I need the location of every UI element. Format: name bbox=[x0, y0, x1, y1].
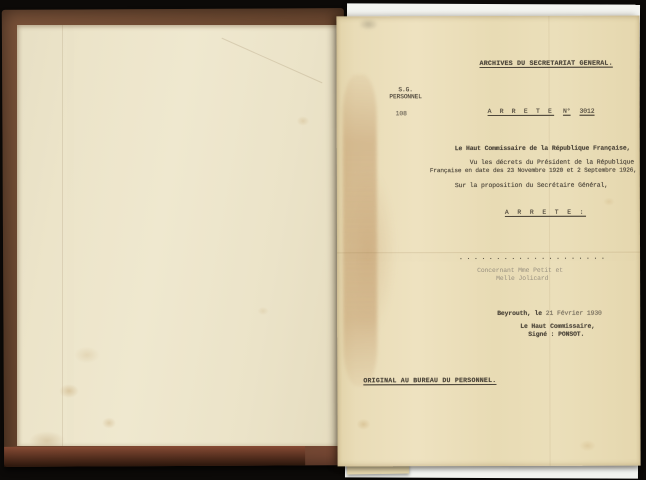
annotation-line1: Concernant Mme Petit et bbox=[477, 267, 563, 275]
foxing-stains bbox=[336, 16, 640, 467]
document-page: ARCHIVES DU SECRETARIAT GENERAL. S.G. PE… bbox=[336, 16, 640, 467]
dateline-date: 21 Février 1930 bbox=[546, 310, 602, 317]
numero-sign: N° bbox=[563, 108, 571, 116]
dotted-separator: . . . . . . . . . . . . . . . . . . . . bbox=[459, 254, 605, 262]
body-line-dates: Française en date des 23 Novembre 1920 e… bbox=[430, 167, 637, 176]
arrete-title: A R R E T E N° 3012 bbox=[488, 108, 595, 116]
archive-header: ARCHIVES DU SECRETARIAT GENERAL. bbox=[480, 60, 613, 68]
footer-note: ORIGINAL AU BUREAU DU PERSONNEL. bbox=[363, 377, 496, 385]
foxing-stains bbox=[17, 25, 339, 446]
dateline-place: Beyrouth, le bbox=[497, 310, 542, 317]
arrete-number: 3012 bbox=[580, 108, 595, 116]
arrete-decree-word: A R R E T E : bbox=[505, 209, 586, 217]
scanned-book-spread: ARCHIVES DU SECRETARIAT GENERAL. S.G. PE… bbox=[0, 0, 646, 480]
body-line-proposition: Sur la proposition du Secrétaire Général… bbox=[455, 182, 608, 190]
dateline: Beyrouth, le 21 Février 1930 bbox=[497, 310, 602, 318]
pencil-smudge bbox=[358, 18, 378, 30]
annotation-line2: Melle Jolicard bbox=[496, 275, 548, 283]
signature-title: Le Haut Commissaire, bbox=[520, 323, 595, 331]
service-reference: S.G. PERSONNEL bbox=[383, 86, 429, 100]
left-endpaper bbox=[17, 25, 339, 446]
reference-number: 108 bbox=[396, 110, 407, 118]
arrete-title-word: A R R E T E bbox=[488, 108, 554, 116]
signature-name: Signé : PONSOT. bbox=[528, 331, 584, 339]
service-reference-line2: PERSONNEL bbox=[383, 93, 429, 100]
body-line-commissaire: Le Haut Commissaire de la République Fra… bbox=[455, 145, 631, 153]
